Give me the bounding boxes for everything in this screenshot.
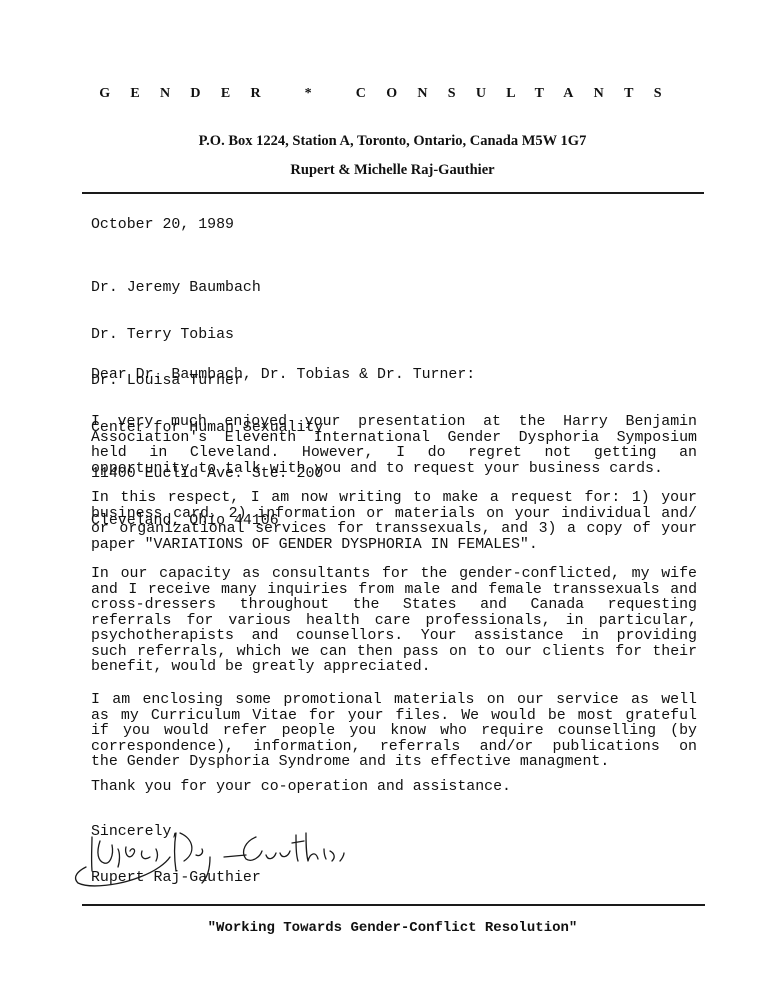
paragraph-line: and I receive many inquiries from male a… xyxy=(91,583,697,599)
paragraph-line: paper "VARIATIONS OF GENDER DYSPHORIA IN… xyxy=(91,538,697,554)
recipient-line: Dr. Terry Tobias xyxy=(91,328,323,344)
paragraph-line: benefit, would be greatly appreciated. xyxy=(91,660,697,676)
header-divider xyxy=(82,192,704,194)
paragraph-line: opportunity to talk with you and to requ… xyxy=(91,462,697,478)
paragraph-line: correspondence), information, referrals … xyxy=(91,740,697,756)
letterhead-address: P.O. Box 1224, Station A, Toronto, Ontar… xyxy=(0,133,769,150)
paragraph-1: I very much enjoyed your presentation at… xyxy=(91,415,697,477)
paragraph-line: In this respect, I am now writing to mak… xyxy=(91,491,697,507)
footer-motto: "Working Towards Gender-Conflict Resolut… xyxy=(0,920,769,936)
letter-date: October 20, 1989 xyxy=(91,218,234,234)
paragraph-line: referrals for various health care profes… xyxy=(91,614,697,630)
recipient-line: Dr. Jeremy Baumbach xyxy=(91,281,323,297)
paragraph-line: In our capacity as consultants for the g… xyxy=(91,567,697,583)
paragraph-line: such referrals, which we can then pass o… xyxy=(91,645,697,661)
paragraph-line: as my Curriculum Vitae for your files. W… xyxy=(91,709,697,725)
paragraph-line: the Gender Dysphoria Syndrome and its ef… xyxy=(91,755,697,771)
paragraph-line: psychotherapists and counsellors. Your a… xyxy=(91,629,697,645)
paragraph-line: held in Cleveland. However, I do regret … xyxy=(91,446,697,462)
paragraph-line: cross-dressers throughout the States and… xyxy=(91,598,697,614)
paragraph-4: I am enclosing some promotional material… xyxy=(91,693,697,771)
paragraph-line: if you would refer people you know who r… xyxy=(91,724,697,740)
paragraph-line: business card, 2) information or materia… xyxy=(91,507,697,523)
paragraph-line: or organizational services for transsexu… xyxy=(91,522,697,538)
salutation: Dear Dr. Baumbach, Dr. Tobias & Dr. Turn… xyxy=(91,368,475,384)
closing-thanks: Thank you for your co-operation and assi… xyxy=(91,780,511,796)
letterhead-names: Rupert & Michelle Raj-Gauthier xyxy=(0,162,769,179)
letterhead-title: GENDER * CONSULTANTS xyxy=(0,86,769,102)
paragraph-line: I very much enjoyed your presentation at… xyxy=(91,415,697,431)
paragraph-line: Association's Eleventh International Gen… xyxy=(91,431,697,447)
signer-name: Rupert Raj-Gauthier xyxy=(91,871,261,887)
paragraph-line: I am enclosing some promotional material… xyxy=(91,693,697,709)
paragraph-2: In this respect, I am now writing to mak… xyxy=(91,491,697,553)
footer-divider xyxy=(82,904,705,906)
paragraph-3: In our capacity as consultants for the g… xyxy=(91,567,697,676)
